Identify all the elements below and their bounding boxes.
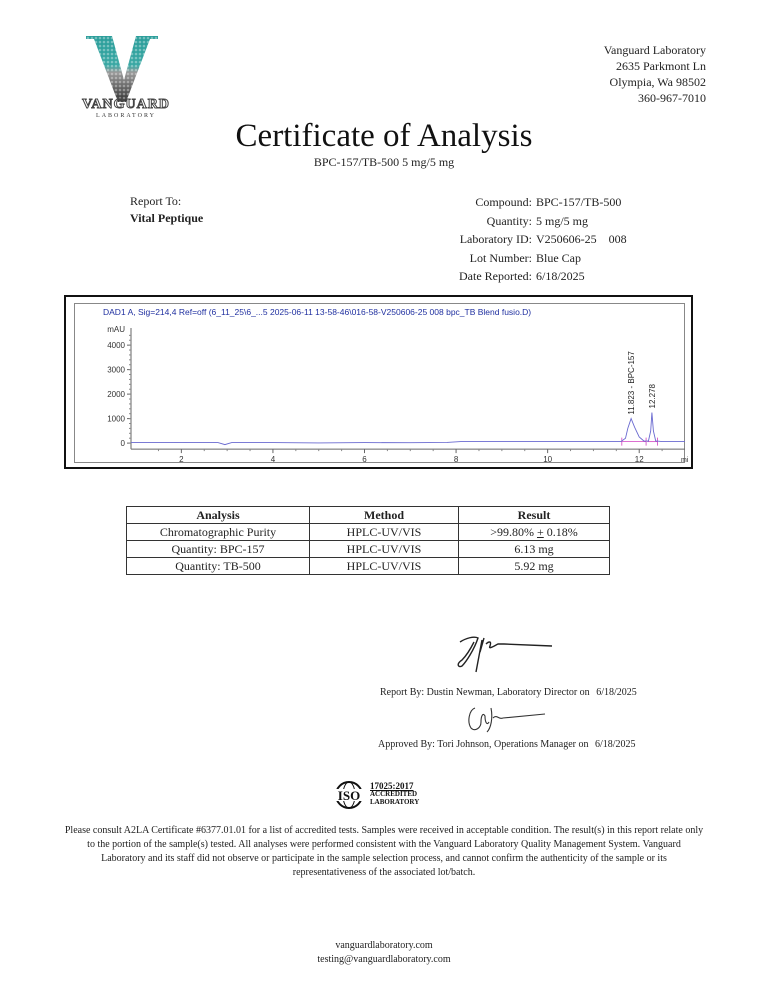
vanguard-logo: VANGUARD LABORATORY (68, 36, 178, 126)
iso-globe-icon: ISO (330, 780, 368, 810)
table-row: Quantity: BPC-157 HPLC-UV/VIS 6.13 mg (127, 541, 610, 558)
header-analysis: Analysis (127, 507, 310, 524)
cell-method: HPLC-UV/VIS (310, 541, 459, 558)
report-by-line: Report By: Dustin Newman, Laboratory Dir… (380, 687, 637, 698)
page-title: Certificate of Analysis (0, 116, 768, 156)
lab-address: Vanguard Laboratory 2635 Parkmont Ln Oly… (604, 42, 706, 106)
svg-text:1000: 1000 (107, 415, 125, 424)
info-value: V250606-25 008 (536, 230, 627, 249)
svg-text:10: 10 (543, 455, 552, 464)
logo-brand-text: VANGUARD (76, 98, 176, 112)
report-by-text: Report By: Dustin Newman, Laboratory Dir… (380, 687, 590, 698)
table-header-row: Analysis Method Result (127, 507, 610, 524)
svg-text:8: 8 (454, 455, 459, 464)
info-value: Blue Cap (536, 249, 581, 268)
client-name: Vital Peptique (130, 210, 203, 227)
page-subtitle: BPC-157/TB-500 5 mg/5 mg (0, 155, 768, 170)
info-key: Date Reported: (380, 267, 536, 286)
svg-text:12.278: 12.278 (648, 383, 657, 408)
address-line: Olympia, Wa 98502 (604, 74, 706, 90)
approved-by-date: 6/18/2025 (595, 739, 636, 750)
cell-analysis: Quantity: BPC-157 (127, 541, 310, 558)
svg-text:12: 12 (635, 455, 644, 464)
svg-text:mAU: mAU (107, 325, 125, 334)
table-row: Quantity: TB-500 HPLC-UV/VIS 5.92 mg (127, 558, 610, 575)
table-row: Chromatographic Purity HPLC-UV/VIS >99.8… (127, 524, 610, 541)
svg-text:4000: 4000 (107, 341, 125, 350)
info-row-compound: Compound: BPC-157/TB-500 (380, 193, 627, 212)
address-line: 2635 Parkmont Ln (604, 58, 706, 74)
footer: vanguardlaboratory.com testing@vanguardl… (0, 939, 768, 967)
cell-result: >99.80% + 0.18% (459, 524, 610, 541)
info-row-quantity: Quantity: 5 mg/5 mg (380, 212, 627, 231)
svg-text:2000: 2000 (107, 390, 125, 399)
sample-info: Compound: BPC-157/TB-500 Quantity: 5 mg/… (380, 193, 627, 286)
iso-text: 17025:2017 ACCREDITED LABORATORY (370, 782, 419, 806)
cell-analysis: Chromatographic Purity (127, 524, 310, 541)
footer-email: testing@vanguardlaboratory.com (0, 953, 768, 967)
info-row-date: Date Reported: 6/18/2025 (380, 267, 627, 286)
info-row-lot: Lot Number: Blue Cap (380, 249, 627, 268)
info-value: BPC-157/TB-500 (536, 193, 621, 212)
svg-text:0: 0 (121, 439, 126, 448)
chromatogram-frame: mAU0100020003000400024681012min11.823 - … (64, 295, 693, 469)
svg-text:3000: 3000 (107, 366, 125, 375)
info-row-lab-id: Laboratory ID: V250606-25 008 (380, 230, 627, 249)
chromatogram-panel: mAU0100020003000400024681012min11.823 - … (74, 303, 685, 463)
address-line: 360-967-7010 (604, 90, 706, 106)
results-table: Analysis Method Result Chromatographic P… (126, 506, 610, 575)
v-logo-icon (86, 36, 158, 102)
approved-by-text: Approved By: Tori Johnson, Operations Ma… (378, 739, 588, 750)
iso-accreditation-badge: ISO 17025:2017 ACCREDITED LABORATORY (330, 780, 430, 810)
info-key: Laboratory ID: (380, 230, 536, 249)
cell-method: HPLC-UV/VIS (310, 524, 459, 541)
info-value: 6/18/2025 (536, 267, 585, 286)
info-key: Lot Number: (380, 249, 536, 268)
svg-text:2: 2 (179, 455, 184, 464)
info-key: Compound: (380, 193, 536, 212)
footer-website: vanguardlaboratory.com (0, 939, 768, 953)
cell-result: 6.13 mg (459, 541, 610, 558)
cell-result: 5.92 mg (459, 558, 610, 575)
info-value: 5 mg/5 mg (536, 212, 588, 231)
info-key: Quantity: (380, 212, 536, 231)
cell-method: HPLC-UV/VIS (310, 558, 459, 575)
header-result: Result (459, 507, 610, 524)
header-method: Method (310, 507, 459, 524)
svg-text:6: 6 (362, 455, 367, 464)
svg-text:min: min (681, 457, 688, 464)
svg-text:4: 4 (271, 455, 276, 464)
svg-text:11.823 - BPC-157: 11.823 - BPC-157 (627, 351, 636, 415)
signature-tori-johnson (465, 702, 555, 734)
report-to-label: Report To: (130, 193, 203, 210)
chromatogram-plot: mAU0100020003000400024681012min11.823 - … (75, 304, 688, 466)
chromatogram-title: DAD1 A, Sig=214,4 Ref=off (6_11_25\6_...… (103, 307, 531, 317)
disclaimer-text: Please consult A2LA Certificate #6377.01… (64, 824, 704, 880)
approved-by-line: Approved By: Tori Johnson, Operations Ma… (378, 739, 636, 750)
svg-text:ISO: ISO (338, 788, 360, 803)
signature-dustin-newman (452, 632, 562, 676)
address-line: Vanguard Laboratory (604, 42, 706, 58)
report-by-date: 6/18/2025 (596, 687, 637, 698)
report-to-block: Report To: Vital Peptique (130, 193, 203, 227)
cell-analysis: Quantity: TB-500 (127, 558, 310, 575)
